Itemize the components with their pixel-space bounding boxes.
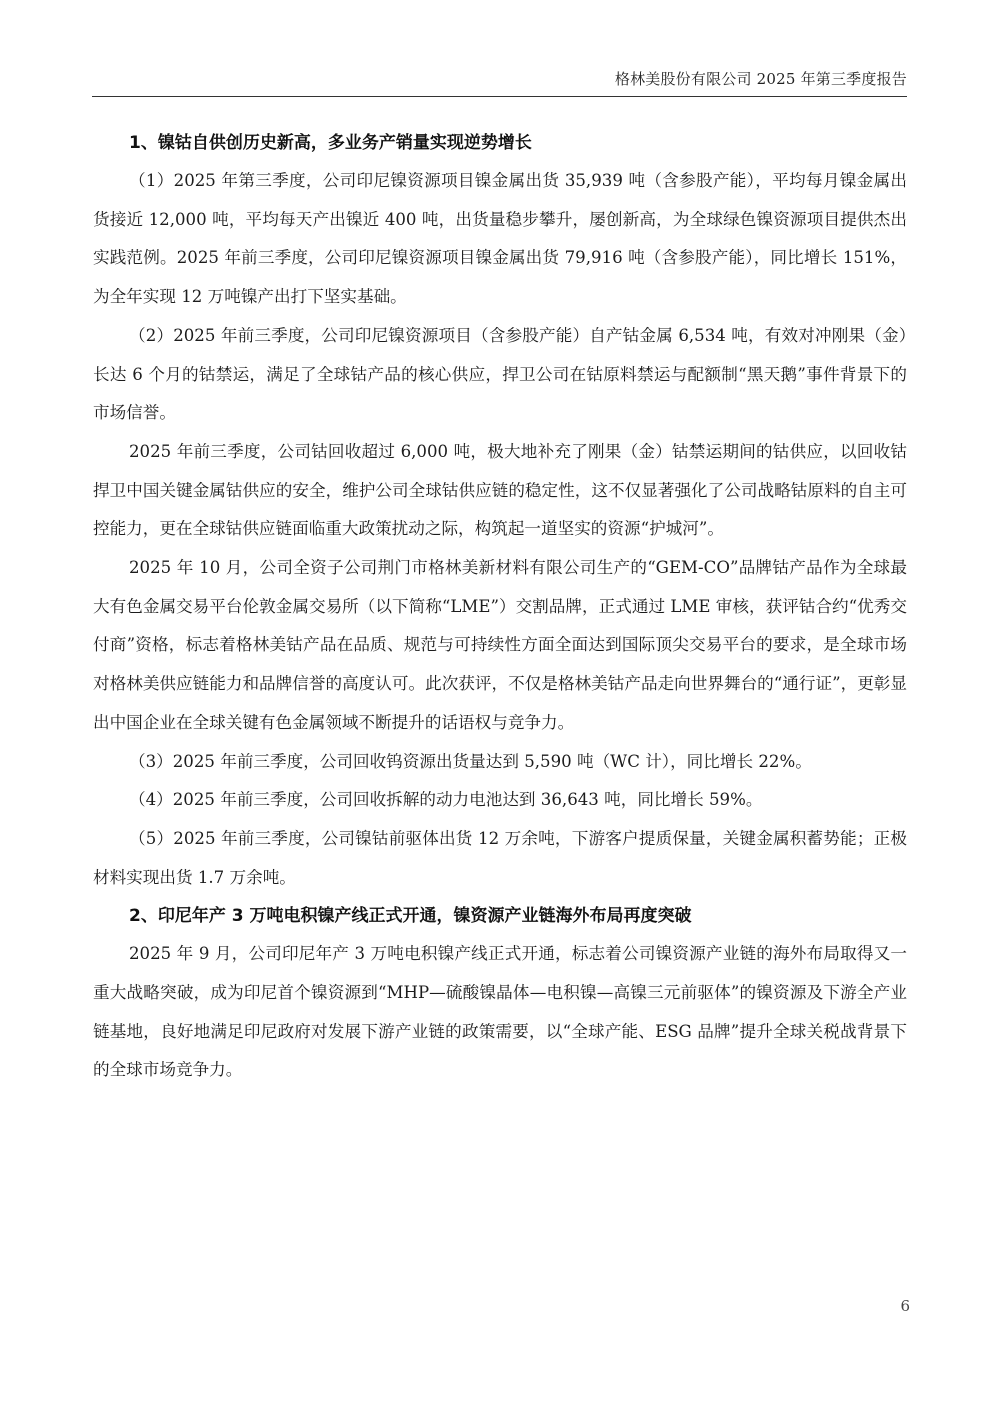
paragraph-cobalt-recycling: 2025 年前三季度，公司钴回收超过 6,000 吨，极大地补充了刚果（金）钴禁… [93,433,907,549]
document-body: 1、镍钴自供创历史新高，多业务产销量实现逆势增长 （1）2025 年第三季度，公… [93,124,907,1090]
paragraph-electrowon-nickel: 2025 年 9 月，公司印尼年产 3 万吨电积镍产线正式开通，标志着公司镍资源… [93,935,907,1090]
paragraph-nickel-shipment: （1）2025 年第三季度，公司印尼镍资源项目镍金属出货 35,939 吨（含参… [93,162,907,317]
paragraph-lme-brand: 2025 年 10 月，公司全资子公司荆门市格林美新材料有限公司生产的“GEM-… [93,549,907,743]
page-header: 格林美股份有限公司 2025 年第三季度报告 [92,68,907,97]
report-title: 格林美股份有限公司 2025 年第三季度报告 [615,70,907,88]
paragraph-tungsten: （3）2025 年前三季度，公司回收钨资源出货量达到 5,590 吨（WC 计）… [93,743,907,782]
section-1-heading: 1、镍钴自供创历史新高，多业务产销量实现逆势增长 [93,124,907,162]
section-2-heading: 2、印尼年产 3 万吨电积镍产线正式开通，镍资源产业链海外布局再度突破 [93,897,907,935]
page-number: 6 [880,1297,910,1315]
paragraph-precursor: （5）2025 年前三季度，公司镍钴前驱体出货 12 万余吨，下游客户提质保量，… [93,820,907,897]
paragraph-battery-recycling: （4）2025 年前三季度，公司回收拆解的动力电池达到 36,643 吨，同比增… [93,781,907,820]
paragraph-cobalt-production: （2）2025 年前三季度，公司印尼镍资源项目（含参股产能）自产钴金属 6,53… [93,317,907,433]
